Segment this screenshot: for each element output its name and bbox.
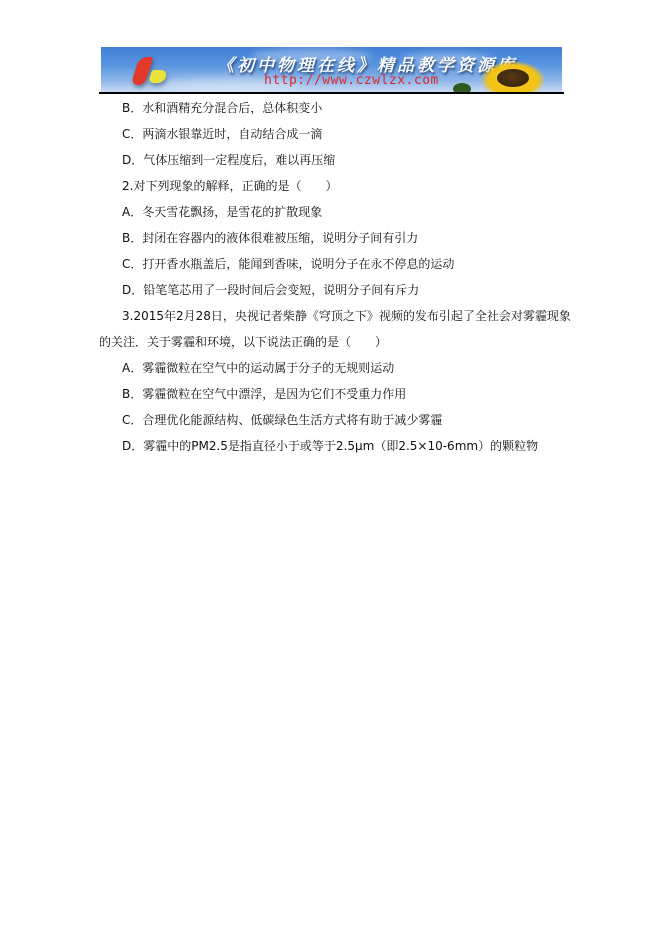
q2-stem: 2.对下列现象的解释，正确的是（ ） <box>122 179 337 193</box>
q3-option-a: A．雾霾微粒在空气中的运动属于分子的无规则运动 <box>122 361 394 375</box>
q2-option-a: A．冬天雪花飘扬，是雪花的扩散现象 <box>122 205 322 219</box>
q2-option-c: C．打开香水瓶盖后，能闻到香味，说明分子在永不停息的运动 <box>122 257 454 271</box>
header-divider <box>99 92 564 94</box>
leaf-icon <box>453 83 471 92</box>
header-banner: 《初中物理在线》精品教学资源库 http://www.czwlzx.com <box>101 47 562 92</box>
q3-stem-line2: 的关注．关于雾霾和环境，以下说法正确的是（ ） <box>99 335 387 349</box>
q1-option-d: D．气体压缩到一定程度后，难以再压缩 <box>122 153 335 167</box>
q2-option-b: B．封闭在容器内的液体很难被压缩，说明分子间有引力 <box>122 231 418 245</box>
q3-option-c: C．合理优化能源结构、低碳绿色生活方式将有助于减少雾霾 <box>122 413 442 427</box>
q3-stem-line1: 3.2015年2月28日，央视记者柴静《穹顶之下》视频的发布引起了全社会对雾霾现… <box>122 309 571 323</box>
document-page: 《初中物理在线》精品教学资源库 http://www.czwlzx.com B．… <box>0 0 661 935</box>
q2-option-d: D．铅笔笔芯用了一段时间后会变短，说明分子间有斥力 <box>122 283 419 297</box>
q1-option-c: C．两滴水银靠近时，自动结合成一滴 <box>122 127 322 141</box>
sunflower-icon <box>481 61 545 92</box>
banner-url: http://www.czwlzx.com <box>264 73 439 88</box>
q3-option-b: B．雾霾微粒在空气中漂浮，是因为它们不受重力作用 <box>122 387 406 401</box>
sunflower-center <box>497 69 529 87</box>
q3-option-d: D．雾霾中的PM2.5是指直径小于或等于2.5μm（即2.5×10-6mm）的颗… <box>122 439 538 453</box>
q1-option-b: B．水和酒精充分混合后，总体积变小 <box>122 101 322 115</box>
